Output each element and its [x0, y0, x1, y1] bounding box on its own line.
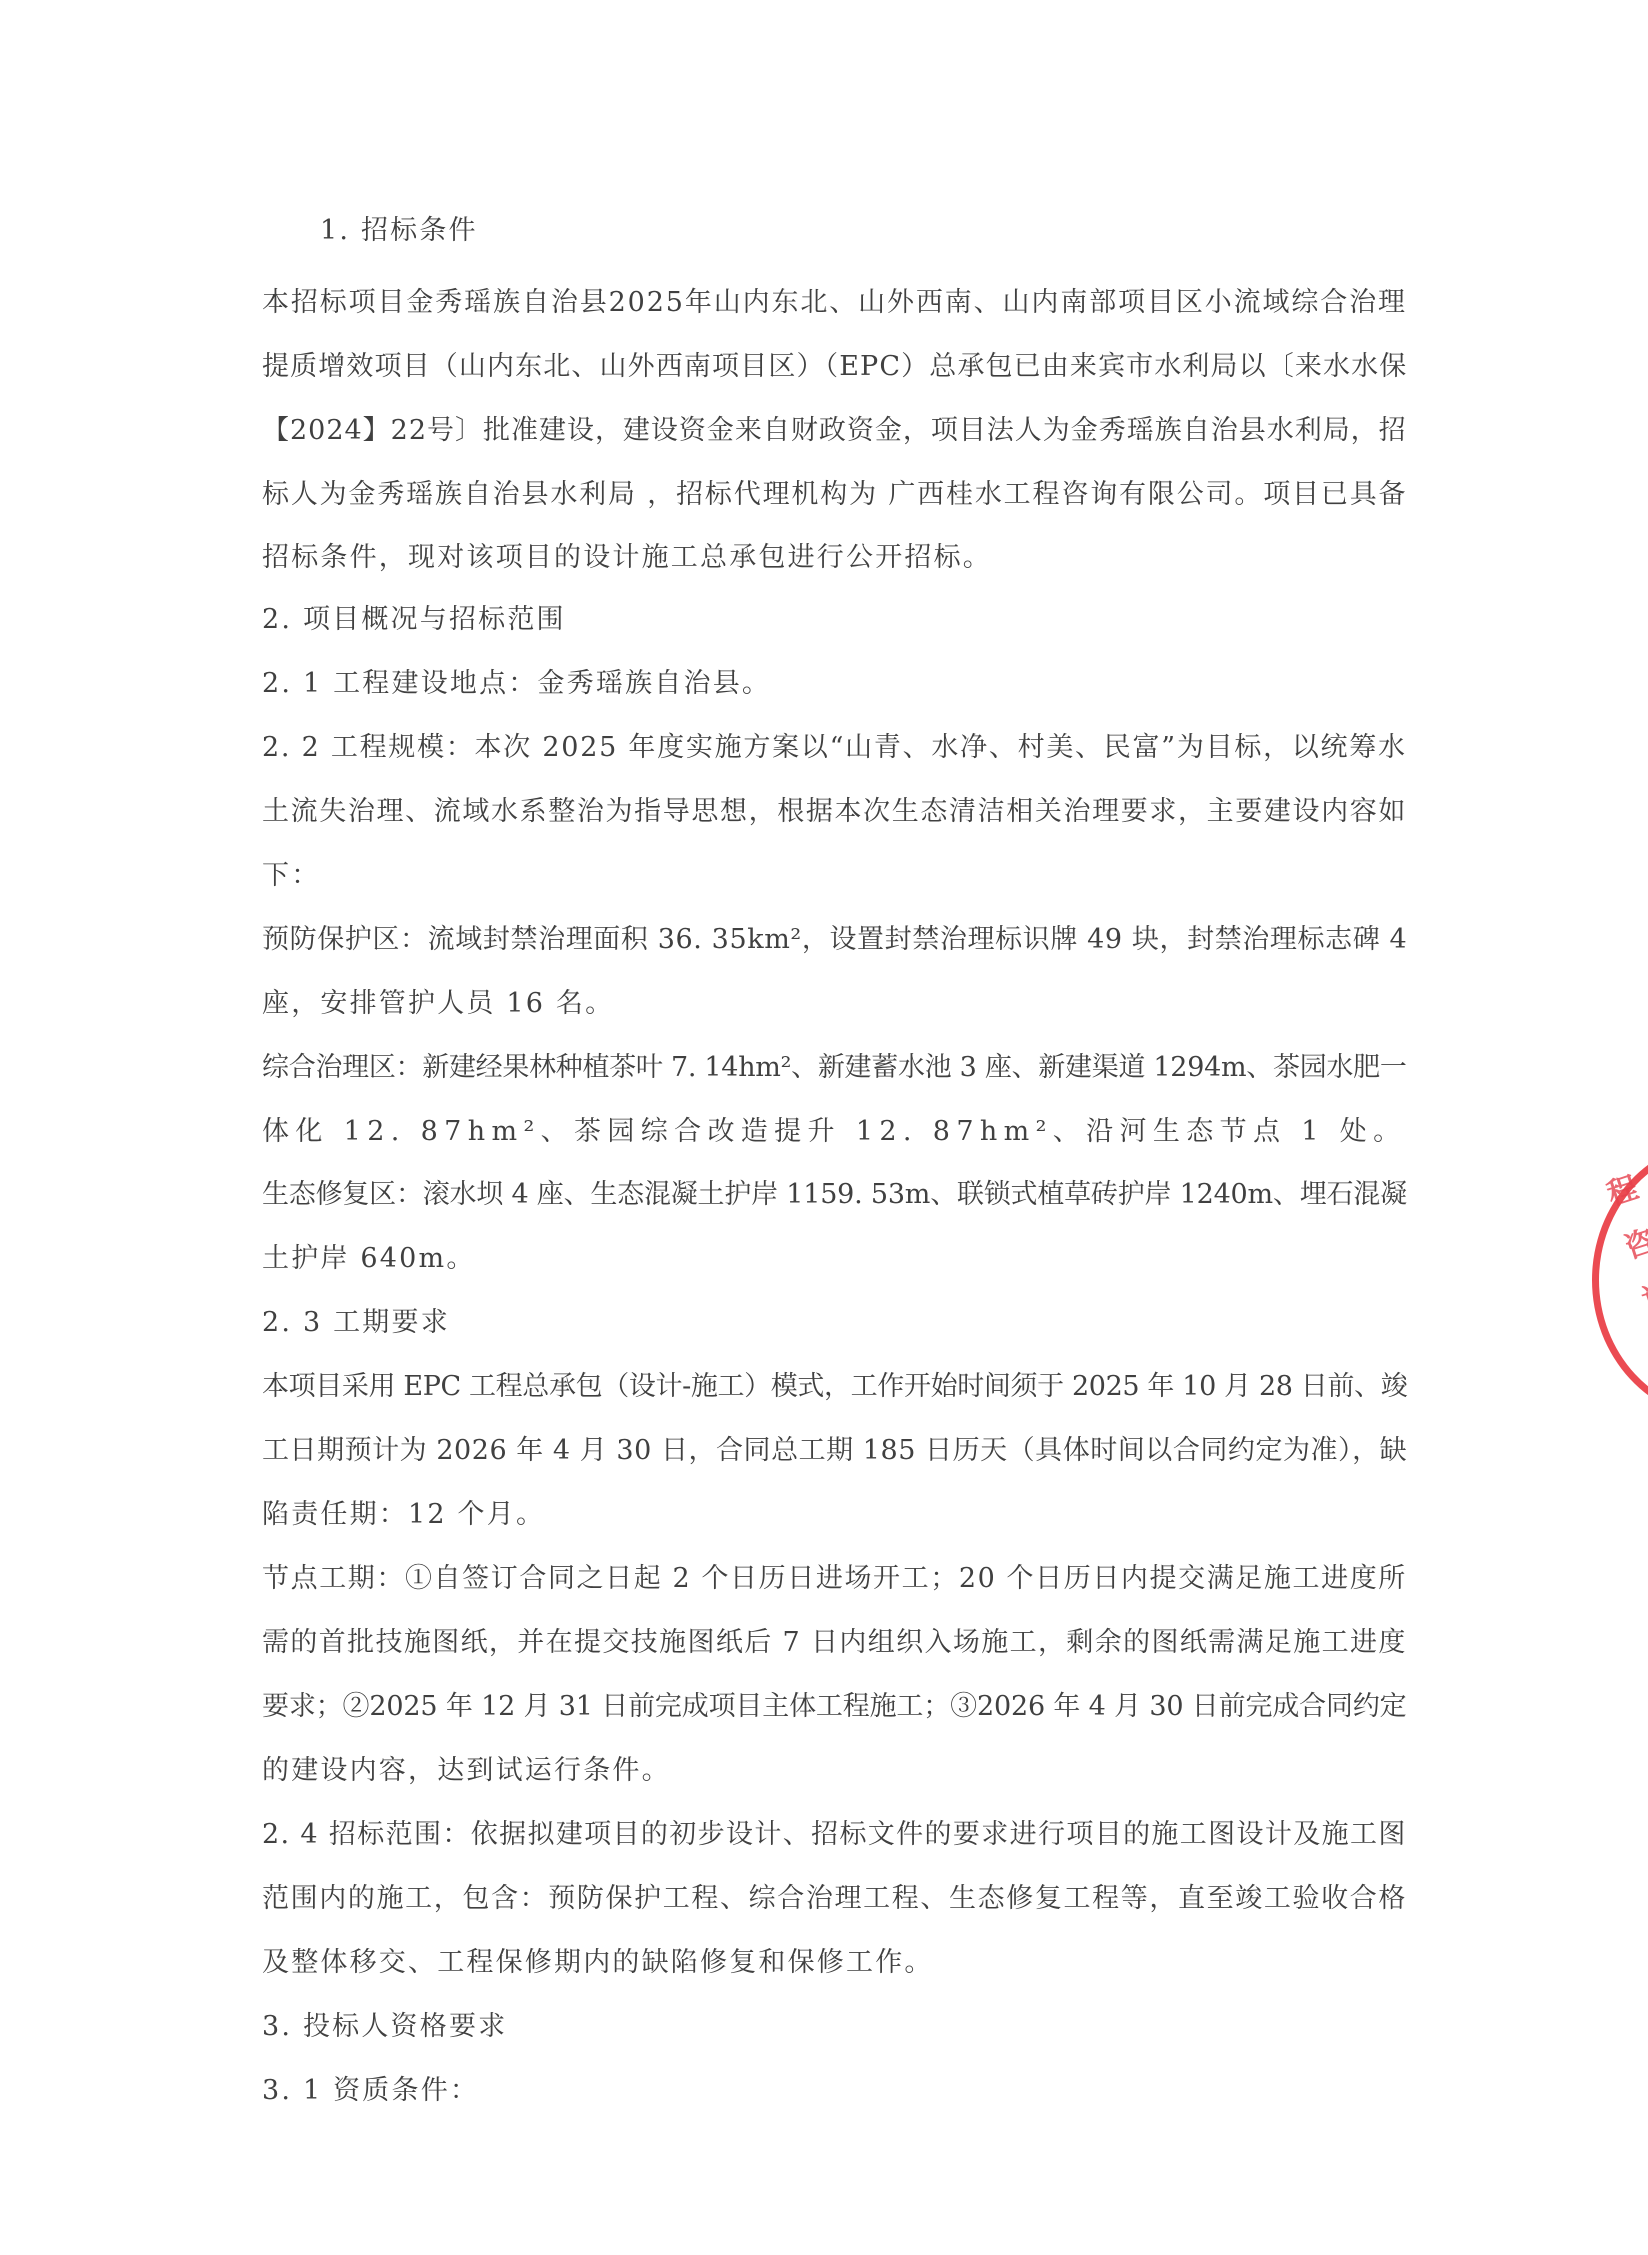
- text-line: 要求；②2025 年 12 月 31 日前完成项目主体工程施工；③2026 年 …: [262, 1690, 1407, 1724]
- text-line: 工日期预计为 2026 年 4 月 30 日，合同总工期 185 日历天（具体时…: [262, 1434, 1407, 1468]
- text-line: 范围内的施工，包含：预防保护工程、综合治理工程、生态修复工程等，直至竣工验收合格: [262, 1882, 1407, 1916]
- text-line: 2. 3 工期要求: [262, 1306, 450, 1340]
- text-line: 标人为金秀瑶族自治县水利局 ，招标代理机构为 广西桂水工程咨询有限公司。项目已具…: [262, 478, 1407, 512]
- text-line: 需的首批技施图纸，并在提交技施图纸后 7 日内组织入场施工，剩余的图纸需满足施工…: [262, 1626, 1407, 1660]
- text-line: 体化 12. 87hm²、茶园综合改造提升 12. 87hm²、沿河生态节点 1…: [262, 1115, 1407, 1149]
- text-line: 提质增效项目（山内东北、山外西南项目区）（EPC）总承包已由来宾市水利局以〔来水…: [262, 350, 1407, 384]
- text-line: 2. 项目概况与招标范围: [262, 603, 566, 637]
- text-line: 3. 1 资质条件：: [262, 2074, 479, 2108]
- text-line: 土流失治理、流域水系整治为指导思想，根据本次生态清洁相关治理要求，主要建设内容如: [262, 795, 1407, 829]
- text-line: 节点工期：①自签订合同之日起 2 个日历日进场开工；20 个日历日内提交满足施工…: [262, 1562, 1407, 1596]
- text-line: 土护岸 640m。: [262, 1242, 476, 1276]
- text-line: 的建设内容，达到试运行条件。: [262, 1754, 671, 1788]
- text-line: 2. 2 工程规模：本次 2025 年度实施方案以“山青、水净、村美、民富”为目…: [262, 731, 1407, 765]
- text-line: 座，安排管护人员 16 名。: [262, 987, 614, 1021]
- text-line: 综合治理区：新建经果林种植茶叶 7. 14hm²、新建蓄水池 3 座、新建渠道 …: [262, 1051, 1407, 1085]
- text-line: 本招标项目金秀瑶族自治县2025年山内东北、山外西南、山内南部项目区小流域综合治…: [262, 286, 1407, 320]
- text-line: 陷责任期：12 个月。: [262, 1498, 545, 1532]
- text-line: 本项目采用 EPC 工程总承包（设计-施工）模式，工作开始时间须于 2025 年…: [262, 1370, 1407, 1404]
- text-line: 预防保护区：流域封禁治理面积 36. 35km²，设置封禁治理标识牌 49 块，…: [262, 923, 1407, 957]
- text-line: 招标条件，现对该项目的设计施工总承包进行公开招标。: [262, 541, 992, 575]
- text-line: 2. 1 工程建设地点：金秀瑶族自治县。: [262, 667, 771, 701]
- text-line: 【2024】22号〕批准建设，建设资金来自财政资金，项目法人为金秀瑶族自治县水利…: [262, 414, 1407, 448]
- text-line: 及整体移交、工程保修期内的缺陷修复和保修工作。: [262, 1946, 934, 1980]
- text-line: 3. 投标人资格要求: [262, 2010, 507, 2044]
- section-heading: 1. 招标条件: [320, 214, 478, 248]
- text-line: 2. 4 招标范围：依据拟建项目的初步设计、招标文件的要求进行项目的施工图设计及…: [262, 1818, 1407, 1852]
- text-line: 下：: [262, 859, 320, 893]
- text-line: 生态修复区：滚水坝 4 座、生态混凝土护岸 1159. 53m、联锁式植草砖护岸…: [262, 1178, 1407, 1212]
